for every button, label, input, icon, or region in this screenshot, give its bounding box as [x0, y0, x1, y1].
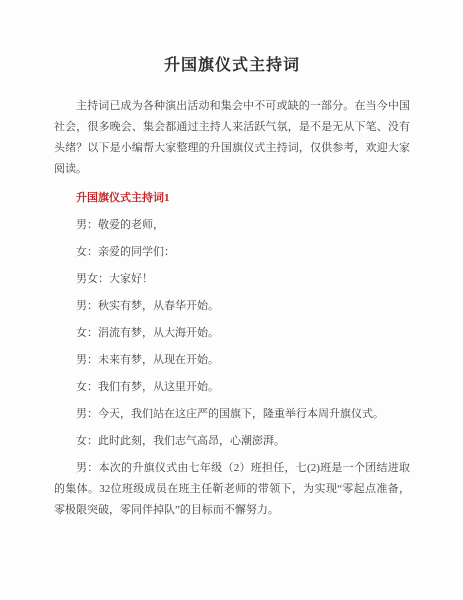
dialogue-line: 女：亲爱的同学们： [54, 242, 410, 263]
document-page: 升国旗仪式主持词 主持词已成为各种演出活动和集会中不可或缺的一部分。在当今中国社… [0, 0, 463, 600]
dialogue-line: 男：秋实有梦，从春华开始。 [54, 296, 410, 317]
section-heading: 升国旗仪式主持词1 [54, 188, 410, 209]
dialogue-line: 男：今天，我们站在这庄严的国旗下，隆重举行本周升旗仪式。 [54, 404, 410, 425]
dialogue-line: 女：我们有梦，从这里开始。 [54, 377, 410, 398]
intro-paragraph: 主持词已成为各种演出活动和集会中不可或缺的一部分。在当今中国社会，很多晚会、集会… [54, 96, 410, 180]
dialogue-line: 男：未来有梦，从现在开始。 [54, 350, 410, 371]
dialogue-line: 男女：大家好！ [54, 269, 410, 290]
dialogue-line: 女：涓流有梦，从大海开始。 [54, 323, 410, 344]
dialogue-line: 男：本次的升旗仪式由七年级（2）班担任，七(2)班是一个团结进取的集体。32位班… [54, 458, 410, 521]
document-title: 升国旗仪式主持词 [54, 56, 410, 76]
dialogue-line: 男：敬爱的老师， [54, 215, 410, 236]
dialogue-line: 女：此时此刻，我们志气高昂，心潮澎湃。 [54, 431, 410, 452]
